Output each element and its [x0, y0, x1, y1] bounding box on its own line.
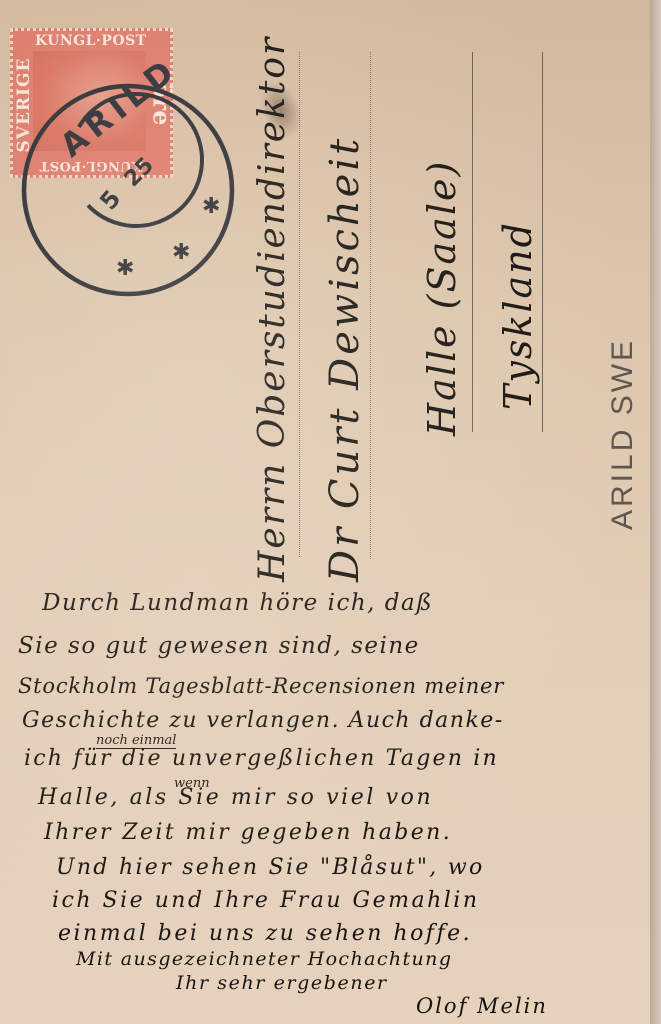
postmark-star-icon: ✱ [116, 256, 134, 281]
message-valediction: Ihr sehr ergebener [176, 972, 388, 994]
message-signature: Olof Melin [416, 994, 548, 1018]
photo-edge [650, 0, 661, 1024]
stamp-top-text: KUNGL·POST [35, 33, 147, 49]
address-line-recipient-name: Dr Curt Dewischeit [322, 136, 368, 582]
message-line-3: Stockholm Tagesblatt-Recensionen meiner [18, 674, 504, 698]
address-rule-1 [299, 52, 300, 557]
message-line-1: Durch Lundman höre ich, daß [42, 590, 433, 616]
message-line-6: Halle, als Sie mir so viel von [38, 785, 433, 810]
postmark-star-icon: ✱ [172, 240, 190, 265]
address-rule-4 [542, 52, 543, 432]
pencil-annotation: ARILD SWE [606, 338, 640, 530]
postcard-back: KUNGL·POST KUNGL·POST SVERIGE öre ARILD … [0, 0, 650, 1024]
address-line-recipient-title: Herrn Oberstudiendirektor [252, 36, 293, 582]
address-line-country: Tyskland [496, 221, 540, 410]
postmark-star-icon: ✱ [202, 194, 220, 219]
address-rule-2 [370, 52, 371, 559]
address-rule-3 [472, 52, 473, 432]
message-closing: Mit ausgezeichneter Hochachtung [76, 948, 452, 970]
message-line-5: ich für die unvergeßlichen Tagen in [24, 746, 499, 771]
message-line-9: ich Sie und Ihre Frau Gemahlin [52, 888, 479, 913]
message-line-8: Und hier sehen Sie "Blåsut", wo [56, 855, 485, 880]
message-line-2: Sie so gut gewesen sind, seine [18, 633, 420, 659]
message-line-4: Geschichte zu verlangen. Auch danke- [22, 708, 504, 733]
message-line-10: einmal bei uns zu sehen hoffe. [58, 921, 472, 946]
postmark-cancellation: ARILD 5 25 ✱ ✱ ✱ [20, 82, 236, 298]
address-line-city: Halle (Saale) [420, 160, 464, 436]
message-line-7: Ihrer Zeit mir gegeben haben. [44, 820, 452, 845]
